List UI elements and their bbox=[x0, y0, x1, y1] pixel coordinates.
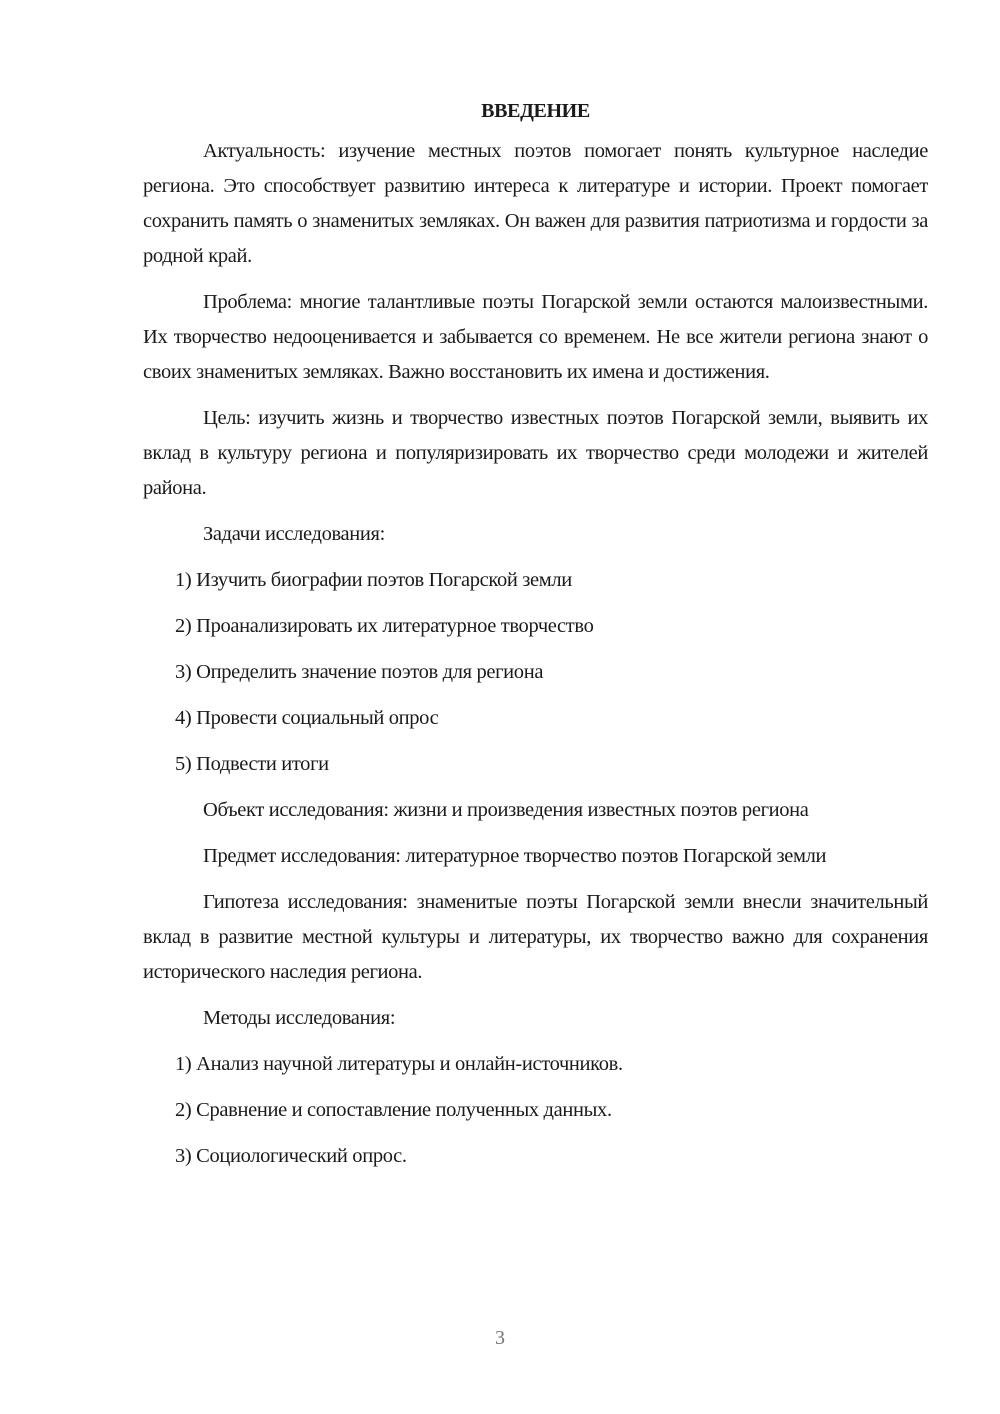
task-item: 4) Провести социальный опрос bbox=[175, 701, 928, 736]
hypothesis-paragraph: Гипотеза исследования: знаменитые поэты … bbox=[143, 885, 928, 990]
subject-paragraph: Предмет исследования: литературное творч… bbox=[143, 839, 928, 874]
task-item: 1) Изучить биографии поэтов Погарской зе… bbox=[175, 563, 928, 598]
object-paragraph: Объект исследования: жизни и произведени… bbox=[143, 793, 928, 828]
section-title: ВВЕДЕНИЕ bbox=[143, 96, 928, 126]
document-page: ВВЕДЕНИЕ Актуальность: изучение местных … bbox=[143, 96, 928, 1185]
tasks-heading: Задачи исследования: bbox=[143, 517, 928, 552]
task-item: 2) Проанализировать их литературное твор… bbox=[175, 609, 928, 644]
method-item: 3) Социологический опрос. bbox=[175, 1139, 928, 1174]
methods-heading: Методы исследования: bbox=[143, 1001, 928, 1036]
method-item: 1) Анализ научной литературы и онлайн-ис… bbox=[175, 1047, 928, 1082]
relevance-paragraph: Актуальность: изучение местных поэтов по… bbox=[143, 134, 928, 274]
method-item: 2) Сравнение и сопоставление полученных … bbox=[175, 1093, 928, 1128]
page-number: 3 bbox=[0, 1327, 1000, 1350]
problem-paragraph: Проблема: многие талантливые поэты Погар… bbox=[143, 285, 928, 390]
task-item: 5) Подвести итоги bbox=[175, 747, 928, 782]
tasks-list: 1) Изучить биографии поэтов Погарской зе… bbox=[143, 563, 928, 782]
task-item: 3) Определить значение поэтов для регион… bbox=[175, 655, 928, 690]
goal-paragraph: Цель: изучить жизнь и творчество известн… bbox=[143, 401, 928, 506]
methods-list: 1) Анализ научной литературы и онлайн-ис… bbox=[143, 1047, 928, 1174]
